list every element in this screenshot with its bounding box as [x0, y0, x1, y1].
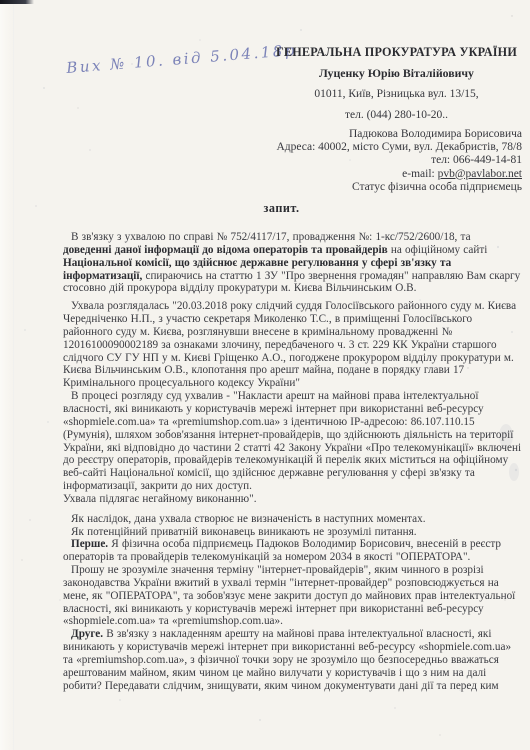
sender-email: pvb@pavlabor.net	[438, 168, 522, 180]
text-run: В зв'язку з накладенням арешту на майнов…	[63, 628, 511, 691]
recipient-phone: тел. (044) 280-10-20..	[271, 109, 522, 122]
recipient-block: ГЕНЕРАЛЬНА ПРОКУРАТУРА УКРАЇНИ Луценку Ю…	[271, 46, 522, 122]
paragraph-ruling-text: В процесі розгляду суд ухвалив - "Наклас…	[63, 390, 522, 493]
paragraph-ruling-execution: Ухвала підлягає негайному виконанню".	[63, 493, 522, 506]
text-run: Як наслідок, дана ухвала створює не визн…	[71, 513, 426, 525]
paragraph-second-point: Друге. В зв'язку з накладенням арешту на…	[63, 628, 522, 692]
recipient-name: Луценку Юрію Віталійовичу	[271, 67, 522, 80]
text-run: В зв'язку з ухвалою по справі № 752/4117…	[71, 231, 471, 243]
document-title: запит.	[52, 201, 511, 216]
recipient-address: 01011, Київ, Різницька вул. 13/15,	[271, 88, 522, 101]
sender-email-line: e-mail: pvb@pavlabor.net	[63, 168, 522, 181]
text-run: доведенні даної інформації до відома опе…	[63, 244, 391, 256]
scanned-document-page: Вих № 10. від 5.04.18р ГЕНЕРАЛЬНА ПРОКУР…	[0, 0, 530, 750]
paragraph-consequence: Як наслідок, дана ухвала створює не визн…	[63, 513, 522, 526]
sender-phone: тел: 066-449-14-81	[63, 154, 522, 167]
scan-left-edge-artifact	[0, 0, 14, 750]
sender-email-label: e-mail:	[402, 168, 435, 180]
paragraph-first-point-details: Прошу не зрозуміле значення терміну "інт…	[63, 564, 522, 628]
paragraph-intro: В зв'язку з ухвалою по справі № 752/4117…	[63, 231, 522, 295]
text-run: Прошу не зрозуміле значення терміну "інт…	[63, 564, 515, 627]
scan-corner-artifact	[0, 0, 34, 4]
text-run: Перше.	[71, 538, 111, 550]
paragraph-questions: Як потенційний приватній виконавець вини…	[63, 526, 522, 539]
text-run: Як потенційний приватній виконавець вини…	[71, 526, 417, 538]
sender-status: Статус фізична особа підприємець	[63, 181, 522, 194]
text-run: В процесі розгляду суд ухвалив - "Наклас…	[63, 390, 521, 492]
paragraph-first-point: Перше. Я фізична особа підприємець Падюк…	[63, 538, 522, 564]
text-run: Я фізична особа підприємець Падюков Воло…	[63, 538, 501, 563]
letter-content: ГЕНЕРАЛЬНА ПРОКУРАТУРА УКРАЇНИ Луценку Ю…	[63, 46, 522, 693]
sender-block: Падюкова Володимира Борисовича Адреса: 4…	[63, 128, 522, 194]
sender-address: Адреса: 40002, місто Суми, вул. Декабрис…	[63, 141, 522, 154]
text-run: на офіційному сайті	[391, 244, 487, 256]
paragraph-ruling-review: Ухвала розглядалась "20.03.2018 року слі…	[63, 300, 522, 390]
text-run: Ухвала підлягає негайному виконанню".	[63, 493, 257, 505]
text-run: Друге.	[71, 628, 106, 640]
recipient-organization: ГЕНЕРАЛЬНА ПРОКУРАТУРА УКРАЇНИ	[271, 46, 522, 59]
sender-name: Падюкова Володимира Борисовича	[63, 128, 522, 141]
text-run: Ухвала розглядалась "20.03.2018 року слі…	[63, 300, 516, 389]
